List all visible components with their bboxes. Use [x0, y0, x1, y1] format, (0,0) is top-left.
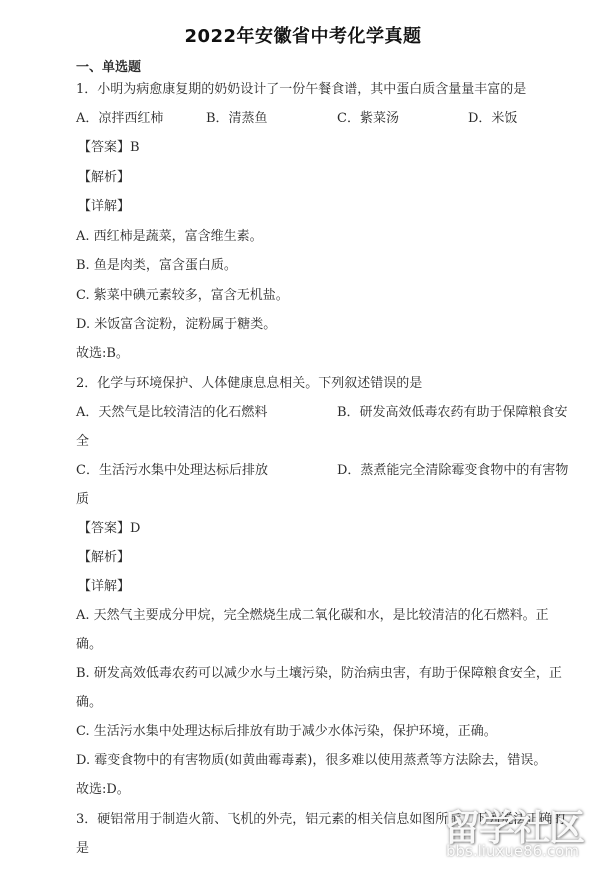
q1-detail-label: 【详解】 — [78, 199, 130, 215]
q2-option-d: D．蒸煮能完全清除霉变食物中的有害物 — [337, 463, 568, 479]
q1-explanation-a: A. 西红柿是蔬菜，富含维生素。 — [76, 229, 263, 245]
q2-explanation-c: C. 生活污水集中处理达标后排放有助于减少水体污染，保护环境，正确。 — [76, 724, 497, 740]
q2-explanation-d: D. 霉变食物中的有害物质(如黄曲霉毒素)，很多难以使用蒸煮等方法除去，错误。 — [76, 753, 546, 769]
question-3-stem-wrap: 是 — [76, 841, 89, 857]
exam-document-page: 2022年安徽省中考化学真题 一、单选题 1．小明为病愈康复期的奶奶设计了一份午… — [0, 0, 606, 872]
q2-explanation-a: A. 天然气主要成分甲烷，完全燃烧生成二氧化碳和水，是比较清洁的化石燃料。正 — [76, 608, 549, 624]
watermark: 留学社区 bbs.liuxue86.com — [440, 800, 600, 866]
question-3-stem: 3．硬铝常用于制造火箭、飞机的外壳，铝元素的相关信息如图所示，下列说法正确的 — [76, 812, 565, 828]
q1-option-a: A．凉拌西红柿 — [76, 111, 163, 127]
q2-detail-label: 【详解】 — [78, 579, 130, 595]
q2-conclusion: 故选:D。 — [76, 782, 130, 798]
q2-explanation-b-wrap: 确。 — [76, 695, 102, 711]
q1-explanation-b: B. 鱼是肉类，富含蛋白质。 — [76, 258, 237, 274]
watermark-url: bbs.liuxue86.com — [446, 842, 579, 860]
document-title: 2022年安徽省中考化学真题 — [0, 22, 606, 48]
q2-option-d-wrap: 质 — [76, 492, 89, 508]
q1-option-b: B．清蒸鱼 — [206, 111, 268, 127]
q1-conclusion: 故选:B。 — [76, 346, 129, 362]
q1-option-c: C．紫菜汤 — [337, 111, 399, 127]
q1-explanation-d: D. 米饭富含淀粉，淀粉属于糖类。 — [76, 317, 276, 333]
q2-option-b: B．研发高效低毒农药有助于保障粮食安 — [337, 405, 568, 421]
q1-explanation-c: C. 紫菜中碘元素较多，富含无机盐。 — [76, 288, 289, 304]
question-2-stem: 2．化学与环境保护、人体健康息息相关。下列叙述错误的是 — [76, 376, 422, 392]
q2-explanation-a-wrap: 确。 — [76, 637, 102, 653]
q1-option-d: D．米饭 — [468, 111, 517, 127]
q2-explanation-b: B. 研发高效低毒农药可以减少水与土壤污染，防治病虫害，有助于保障粮食安全，正 — [76, 666, 562, 682]
q1-answer: 【答案】B — [78, 140, 140, 156]
q1-analysis-label: 【解析】 — [78, 170, 130, 186]
q2-answer: 【答案】D — [78, 521, 140, 537]
question-1-stem: 1．小明为病愈康复期的奶奶设计了一份午餐食谱，其中蛋白质含量量丰富的是 — [76, 82, 526, 98]
q2-option-a: A．天然气是比较清洁的化石燃料 — [76, 405, 267, 421]
q2-analysis-label: 【解析】 — [78, 550, 130, 566]
q2-option-c: C．生活污水集中处理达标后排放 — [76, 463, 268, 479]
q2-option-b-wrap: 全 — [76, 434, 89, 450]
section-heading: 一、单选题 — [76, 60, 141, 76]
